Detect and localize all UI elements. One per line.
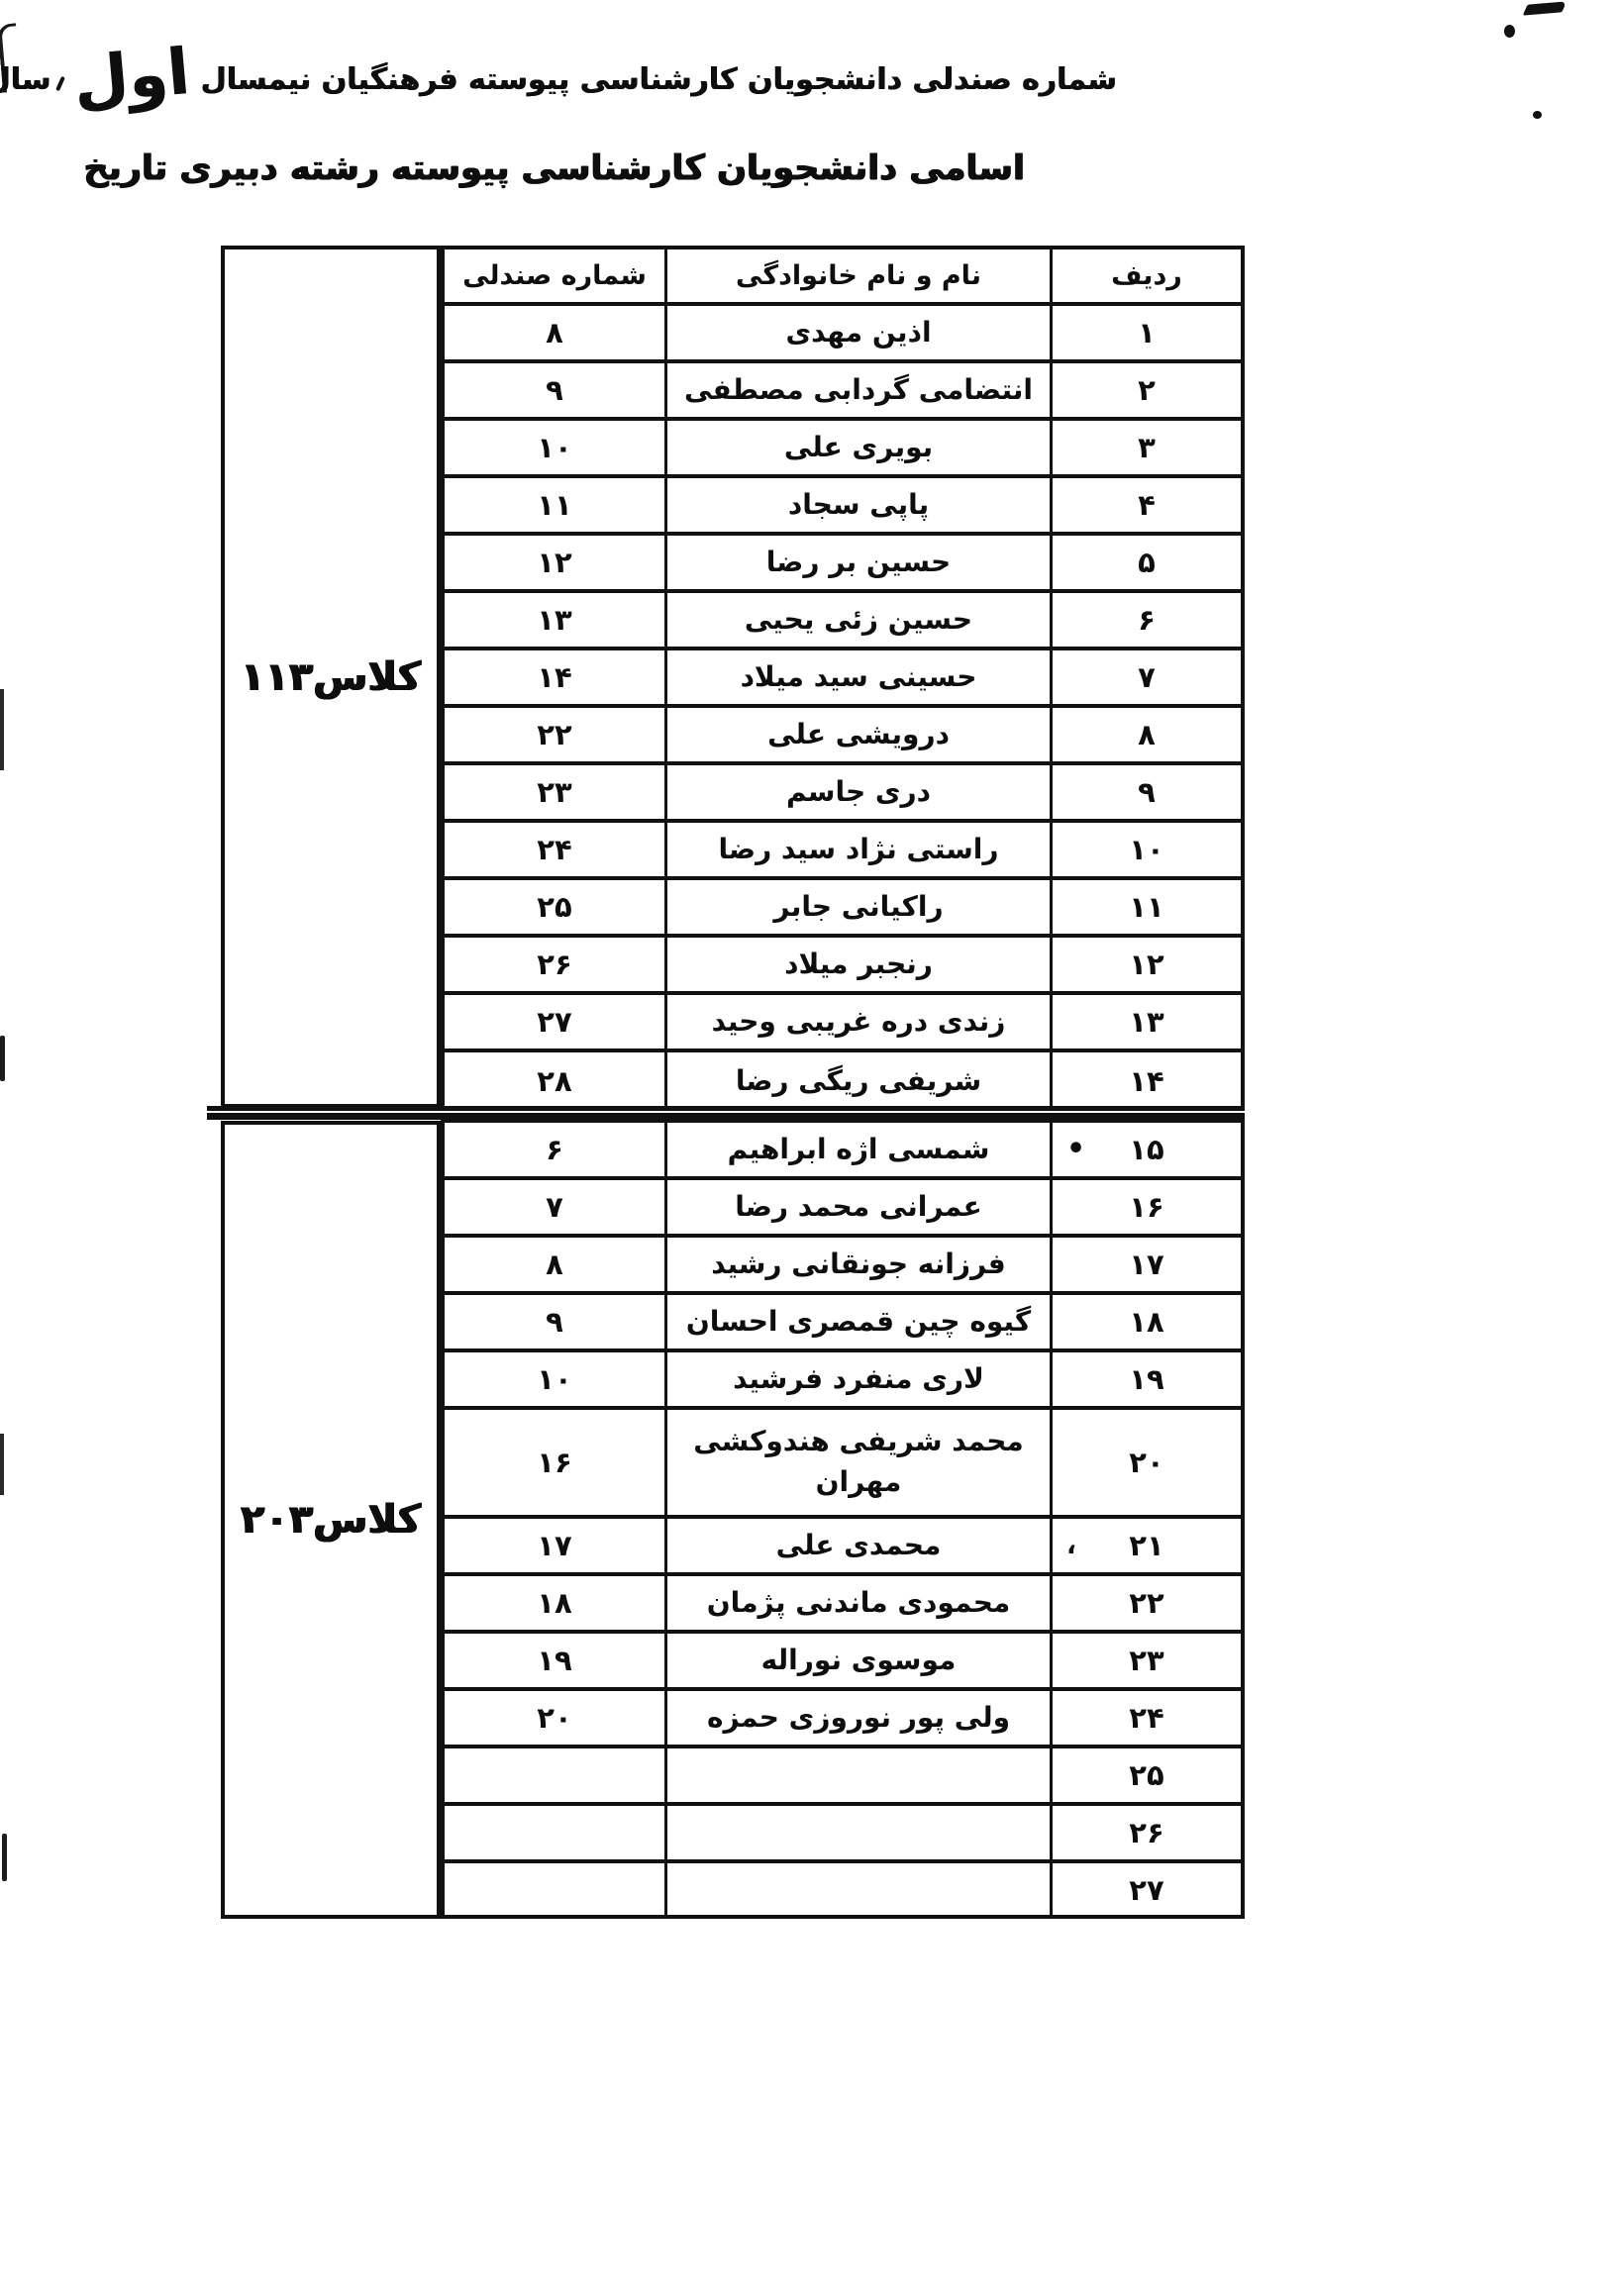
- row-number: ۲: [1138, 373, 1156, 407]
- student-name-cell: [664, 1806, 1053, 1859]
- row-number: ۵: [1138, 546, 1156, 579]
- row-number-cell: ۲: [1053, 363, 1241, 417]
- class-203-cell: کلاس۲۰۳: [221, 1121, 441, 1919]
- student-name-cell: دری جاسم: [664, 765, 1053, 819]
- scan-artifact-dot: [1504, 25, 1515, 38]
- row-number-cell: ۲۱،: [1053, 1519, 1241, 1572]
- table-row: ۹انتضامی گردابی مصطفی۲: [445, 363, 1241, 421]
- seat-number-cell: ۱۶: [445, 1410, 664, 1515]
- seat-number-cell: ۲۲: [445, 708, 664, 761]
- row-number: ۱۹: [1129, 1362, 1163, 1396]
- header-text-start: شماره صندلی دانشجویان کارشناسی پیوسته فر…: [197, 62, 1121, 97]
- seat-number-cell: ۱۲: [445, 536, 664, 589]
- student-name-cell: راستی نژاد سید رضا: [664, 823, 1053, 876]
- header-handwritten-word: اول: [70, 45, 191, 112]
- document-header: شماره صندلی دانشجویان کارشناسی پیوسته فر…: [0, 40, 1121, 97]
- student-name-cell: درویشی علی: [664, 708, 1053, 761]
- student-name-cell: ولی پور نوروزی حمزه: [664, 1691, 1053, 1745]
- table-row: ۲۸شریفی ریگی رضا۱۴: [445, 1052, 1241, 1110]
- student-name: بویری علی: [784, 428, 933, 468]
- row-number: ۱۲: [1129, 948, 1163, 981]
- row-number-cell: ۲۷: [1053, 1863, 1241, 1917]
- table-row: ۲۶: [445, 1806, 1241, 1863]
- table-row: ۱۲حسین بر رضا۵: [445, 536, 1241, 593]
- student-name-cell: محمودی ماندنی پژمان: [664, 1576, 1053, 1630]
- student-name-cell: شمسی اژه ابراهیم: [664, 1123, 1053, 1176]
- student-name: حسینی سید میلاد: [741, 657, 977, 698]
- table-row: ۲۷: [445, 1863, 1241, 1919]
- student-name-cell: انتضامی گردابی مصطفی: [664, 363, 1053, 417]
- student-name-cell: [664, 1863, 1053, 1917]
- row-number: ۸: [1138, 718, 1156, 751]
- row-number: ۱۳: [1129, 1005, 1163, 1039]
- row-number: ۱۸: [1129, 1305, 1163, 1339]
- column-header-full-name: نام و نام خانوادگی: [664, 250, 1053, 302]
- page-title: اسامی دانشجویان کارشناسی پیوسته رشته دبی…: [386, 149, 1025, 188]
- scan-artifact-edge-mark: [0, 1036, 5, 1081]
- table-row: ۲۰ولی پور نوروزی حمزه۲۴: [445, 1691, 1241, 1748]
- table-row: ۱۷محمدی علی۲۱،: [445, 1519, 1241, 1576]
- student-name: درویشی علی: [767, 715, 950, 755]
- student-name: اذین مهدی: [785, 313, 931, 353]
- table-row: ۱۰بویری علی۳: [445, 421, 1241, 478]
- student-name: راستی نژاد سید رضا: [719, 830, 999, 870]
- row-number-cell: ۲۵: [1053, 1748, 1241, 1802]
- student-name-cell: لاری منفرد فرشید: [664, 1352, 1053, 1406]
- table-grid: شماره صندلی نام و نام خانوادگی ردیف ۸اذی…: [441, 246, 1245, 1919]
- row-number-cell: ۱۰: [1053, 823, 1241, 876]
- student-name: شریفی ریگی رضا: [736, 1061, 981, 1102]
- row-number-cell: ۲۲: [1053, 1576, 1241, 1630]
- table-row: ۸فرزانه جونقانی رشید۱۷: [445, 1238, 1241, 1295]
- table-row: ۲۳دری جاسم۹: [445, 765, 1241, 823]
- column-header-seat-number: شماره صندلی: [445, 250, 664, 302]
- row-number: ۱۷: [1129, 1248, 1163, 1281]
- table-row: ۲۵: [445, 1748, 1241, 1806]
- seat-number-cell: ۲۳: [445, 765, 664, 819]
- row-number-cell: ۲۴: [1053, 1691, 1241, 1745]
- table-row: ۱۴حسینی سید میلاد۷: [445, 650, 1241, 708]
- seat-number-cell: ۲۵: [445, 880, 664, 934]
- student-name-cell: فرزانه جونقانی رشید: [664, 1238, 1053, 1291]
- row-number-cell: ۱۵•: [1053, 1123, 1241, 1176]
- seat-number-cell: ۲۰: [445, 1691, 664, 1745]
- seat-number-cell: ۹: [445, 363, 664, 417]
- scanned-document-page: شماره صندلی دانشجویان کارشناسی پیوسته فر…: [0, 0, 1616, 2296]
- class-113-label: کلاس۱۱۳: [241, 654, 421, 700]
- class-203-label: کلاس۲۰۳: [241, 1497, 421, 1543]
- row-number-cell: ۹: [1053, 765, 1241, 819]
- row-number-cell: ۷: [1053, 650, 1241, 704]
- seat-number-cell: ۱۰: [445, 421, 664, 474]
- row-number-cell: ۸: [1053, 708, 1241, 761]
- row-number-cell: ۱۴: [1053, 1052, 1241, 1110]
- student-name-cell: راکیانی جابر: [664, 880, 1053, 934]
- section-separator-line: [207, 1106, 1245, 1120]
- row-number-cell: ۱۲: [1053, 938, 1241, 991]
- seat-number-cell: [445, 1748, 664, 1802]
- student-name: ولی پور نوروزی حمزه: [707, 1698, 1010, 1739]
- student-name-cell: گیوه چین قمصری احسان: [664, 1295, 1053, 1348]
- student-name: محمد شریفی هندوکشی: [693, 1422, 1023, 1462]
- row-number: ۲۶: [1129, 1816, 1163, 1849]
- scan-artifact-mark: •: [1066, 1135, 1085, 1164]
- row-number: ۲۵: [1129, 1758, 1163, 1792]
- row-number-cell: ۱۳: [1053, 995, 1241, 1048]
- student-name-cell: حسین زئی یحیی: [664, 593, 1053, 647]
- scan-artifact-tick: [55, 75, 65, 90]
- student-name-cell: حسین بر رضا: [664, 536, 1053, 589]
- seat-number-cell: ۱۰: [445, 1352, 664, 1406]
- seat-number-cell: ۱۸: [445, 1576, 664, 1630]
- student-name-cell: [664, 1748, 1053, 1802]
- student-name: شمسی اژه ابراهیم: [728, 1130, 990, 1170]
- student-name: لاری منفرد فرشید: [733, 1359, 984, 1400]
- student-name: گیوه چین قمصری احسان: [686, 1302, 1031, 1343]
- student-name-cell: عمرانی محمد رضا: [664, 1180, 1053, 1234]
- row-number-cell: ۱۸: [1053, 1295, 1241, 1348]
- seat-number-cell: [445, 1863, 664, 1917]
- scan-artifact-mark: ،: [1066, 1533, 1076, 1558]
- row-number: ۹: [1138, 775, 1156, 809]
- student-name: پاپی سجاد: [788, 485, 929, 526]
- student-name: حسین زئی یحیی: [745, 600, 972, 641]
- student-name: فرزانه جونقانی رشید: [711, 1245, 1005, 1285]
- seat-number-cell: ۲۶: [445, 938, 664, 991]
- row-number: ۲۰: [1129, 1446, 1163, 1479]
- row-number: ۴: [1138, 488, 1156, 522]
- students-table: کلاس۱۱۳ کلاس۲۰۳ شماره صندلی نام و نام خا…: [221, 246, 1245, 1919]
- student-name: راکیانی جابر: [773, 887, 943, 928]
- student-name-cell: رنجبر میلاد: [664, 938, 1053, 991]
- seat-number-cell: ۸: [445, 1238, 664, 1291]
- student-name: محمدی علی: [776, 1526, 942, 1566]
- student-name-line2: مهران: [816, 1462, 902, 1503]
- student-name-cell: موسوی نوراله: [664, 1634, 1053, 1687]
- seat-number-cell: ۸: [445, 306, 664, 359]
- row-number: ۶: [1138, 603, 1156, 637]
- row-number-cell: ۱۶: [1053, 1180, 1241, 1234]
- table-row: ۶شمسی اژه ابراهیم۱۵•: [445, 1123, 1241, 1180]
- row-number-cell: ۱: [1053, 306, 1241, 359]
- seat-number-cell: ۱۱: [445, 478, 664, 532]
- row-number: ۲۴: [1129, 1701, 1163, 1735]
- row-number: ۱۶: [1129, 1190, 1163, 1224]
- table-header-row: شماره صندلی نام و نام خانوادگی ردیف: [445, 250, 1241, 306]
- scan-artifact-edge-mark: [0, 1434, 4, 1495]
- student-name-cell: محمدی علی: [664, 1519, 1053, 1572]
- scan-artifact-edge-mark: [2, 1834, 7, 1881]
- table-row: ۲۴راستی نژاد سید رضا۱۰: [445, 823, 1241, 880]
- student-name: عمرانی محمد رضا: [735, 1187, 981, 1228]
- row-number-cell: ۱۷: [1053, 1238, 1241, 1291]
- row-number: ۱۱: [1129, 890, 1163, 924]
- row-number: ۲۲: [1129, 1586, 1163, 1620]
- student-name: رنجبر میلاد: [784, 945, 933, 985]
- student-name-cell: محمد شریفی هندوکشیمهران: [664, 1410, 1053, 1515]
- student-name: حسین بر رضا: [766, 543, 951, 583]
- row-number-cell: ۲۳: [1053, 1634, 1241, 1687]
- header-text-end: سال تحصیلی ۹۴-۹۳: [0, 62, 55, 97]
- student-name-cell: بویری علی: [664, 421, 1053, 474]
- seat-number-cell: ۱۳: [445, 593, 664, 647]
- table-row: ۹گیوه چین قمصری احسان۱۸: [445, 1295, 1241, 1352]
- row-number-cell: ۵: [1053, 536, 1241, 589]
- row-number-cell: ۲۰: [1053, 1410, 1241, 1515]
- student-name-cell: حسینی سید میلاد: [664, 650, 1053, 704]
- table-row: ۱۶محمد شریفی هندوکشیمهران۲۰: [445, 1410, 1241, 1519]
- seat-number-cell: ۶: [445, 1123, 664, 1176]
- scan-artifact-dot: [1533, 111, 1542, 119]
- row-number: ۲۳: [1129, 1644, 1163, 1677]
- student-name: موسوی نوراله: [761, 1641, 957, 1681]
- seat-number-cell: ۹: [445, 1295, 664, 1348]
- seat-number-cell: ۱۴: [445, 650, 664, 704]
- student-name: دری جاسم: [786, 772, 931, 813]
- student-name: زندی دره غریبی وحید: [712, 1002, 1006, 1043]
- seat-number-cell: ۱۹: [445, 1634, 664, 1687]
- student-name-cell: زندی دره غریبی وحید: [664, 995, 1053, 1048]
- row-number: ۲۱: [1129, 1529, 1163, 1562]
- table-row: ۷عمرانی محمد رضا۱۶: [445, 1180, 1241, 1238]
- seat-number-cell: ۷: [445, 1180, 664, 1234]
- seat-number-cell: ۱۷: [445, 1519, 664, 1572]
- table-row: ۱۹موسوی نوراله۲۳: [445, 1634, 1241, 1691]
- table-row: ۲۵راکیانی جابر۱۱: [445, 880, 1241, 938]
- column-header-row-number: ردیف: [1053, 250, 1241, 302]
- student-name-cell: اذین مهدی: [664, 306, 1053, 359]
- row-number: ۲۷: [1129, 1873, 1163, 1907]
- table-row: ۱۳حسین زئی یحیی۶: [445, 593, 1241, 650]
- row-number: ۱۵: [1129, 1133, 1163, 1166]
- table-row: ۱۸محمودی ماندنی پژمان۲۲: [445, 1576, 1241, 1634]
- scan-artifact-edge-mark: [0, 689, 4, 770]
- row-number: ۷: [1138, 660, 1156, 694]
- table-row: ۸اذین مهدی۱: [445, 306, 1241, 363]
- row-number: ۳: [1138, 431, 1156, 464]
- table-row: ۲۲درویشی علی۸: [445, 708, 1241, 765]
- row-number: ۱: [1138, 316, 1156, 349]
- table-row: ۲۷زندی دره غریبی وحید۱۳: [445, 995, 1241, 1052]
- seat-number-cell: ۲۷: [445, 995, 664, 1048]
- class-113-cell: کلاس۱۱۳: [221, 246, 441, 1108]
- student-name-cell: پاپی سجاد: [664, 478, 1053, 532]
- row-number-cell: ۲۶: [1053, 1806, 1241, 1859]
- row-number-cell: ۳: [1053, 421, 1241, 474]
- row-number-cell: ۴: [1053, 478, 1241, 532]
- row-number-cell: ۱۹: [1053, 1352, 1241, 1406]
- seat-number-cell: [445, 1806, 664, 1859]
- student-name: محمودی ماندنی پژمان: [707, 1583, 1010, 1624]
- table-row: ۱۱پاپی سجاد۴: [445, 478, 1241, 536]
- seat-number-cell: ۲۸: [445, 1052, 664, 1110]
- row-number-cell: ۱۱: [1053, 880, 1241, 934]
- row-number: ۱۴: [1129, 1064, 1163, 1098]
- row-number: ۱۰: [1129, 833, 1163, 866]
- table-row: ۲۶رنجبر میلاد۱۲: [445, 938, 1241, 995]
- student-name-cell: شریفی ریگی رضا: [664, 1052, 1053, 1110]
- table-row: ۱۰لاری منفرد فرشید۱۹: [445, 1352, 1241, 1410]
- seat-number-cell: ۲۴: [445, 823, 664, 876]
- student-name: انتضامی گردابی مصطفی: [684, 370, 1033, 411]
- row-number-cell: ۶: [1053, 593, 1241, 647]
- scan-artifact-dash: [1523, 1, 1566, 15]
